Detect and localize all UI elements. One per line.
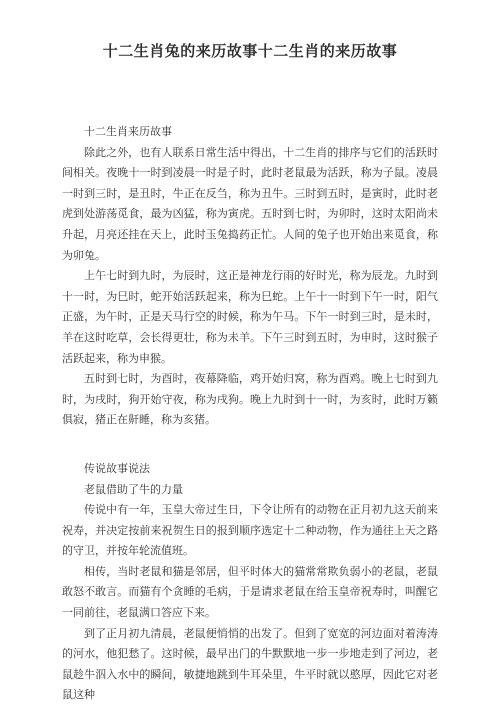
paragraph-rat-rides-ox-river: 到了正月初九清晨，老鼠便悄悄的出发了。但到了宽宽的河边面对着涛涛的河水，他犯愁了…: [62, 624, 438, 706]
document-body: 十二生肖来历故事 除此之外，也有人联系日常生活中得出，十二生肖的排序与它们的活跃…: [62, 122, 438, 706]
paragraph-zodiac-hours-dragon-to-monkey: 上午七时到九时，为辰时，这正是神龙行雨的好时光，称为辰龙。九时到十一时，为巳时，…: [62, 266, 438, 369]
paragraph-jade-emperor-birthday: 传说中有一年，玉皇大帝过生日，下令让所有的动物在正月初九这天前来祝寿，并决定按前…: [62, 500, 438, 562]
subheading-legend-version: 传说故事说法: [62, 459, 438, 480]
paragraph-rat-and-cat-neighbors: 相传，当时老鼠和猫是邻居，但平时体大的猫常常欺负弱小的老鼠，老鼠敢怒不敢言。而猫…: [62, 562, 438, 624]
paragraph-zodiac-hours-rooster-to-pig: 五时到七时，为酉时，夜幕降临，鸡开始归窝，称为酉鸡。晚上七时到九时，为戌时，狗开…: [62, 369, 438, 431]
document-page: 十二生肖兔的来历故事十二生肖的来历故事 十二生肖来历故事 除此之外，也有人联系日…: [0, 0, 500, 707]
subheading-zodiac-origin-story: 十二生肖来历故事: [62, 122, 438, 143]
paragraph-zodiac-hours-rat-to-rabbit: 除此之外，也有人联系日常生活中得出，十二生肖的排序与它们的活跃时间相关。夜晚十一…: [62, 143, 438, 267]
subheading-rat-borrowed-ox-strength: 老鼠借助了牛的力量: [62, 480, 438, 501]
document-title: 十二生肖兔的来历故事十二生肖的来历故事: [62, 42, 438, 62]
